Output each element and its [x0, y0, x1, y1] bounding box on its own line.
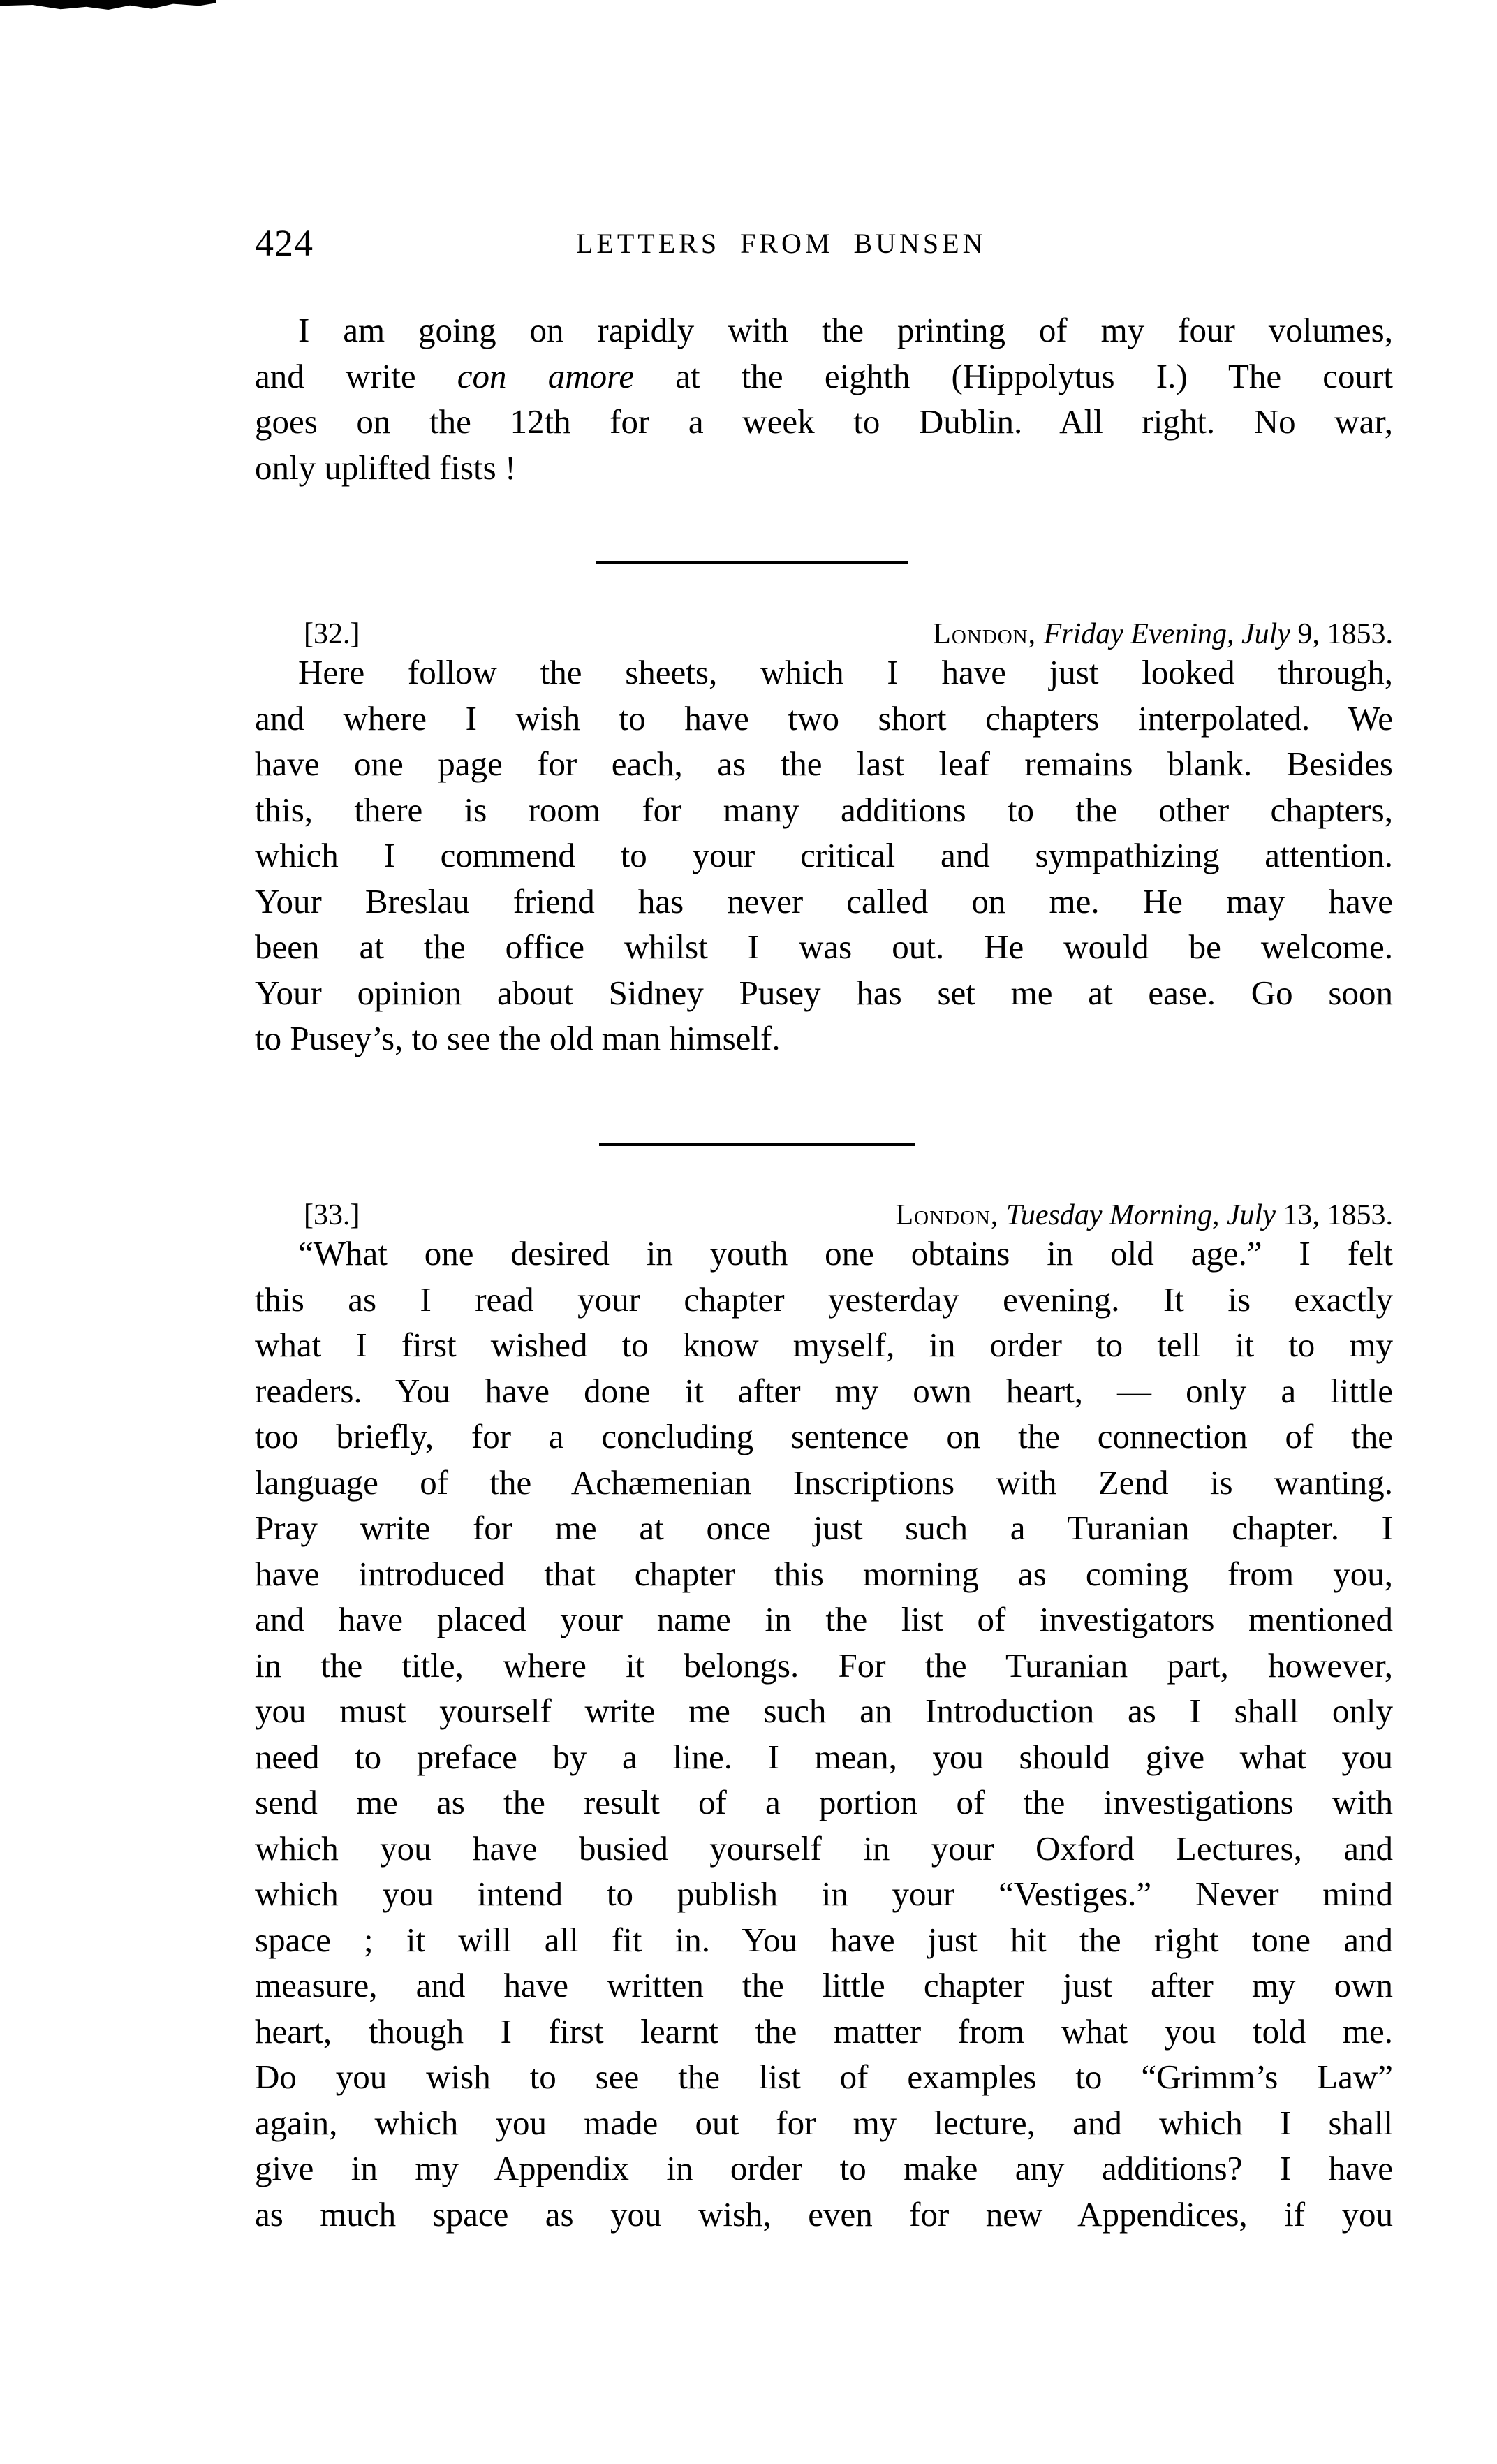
text-line: language of the Achæmenian Inscriptions … — [255, 1460, 1393, 1506]
text-line: which you intend to publish in your “Ves… — [255, 1871, 1393, 1917]
letter-date: 9, 1853. — [1298, 618, 1394, 650]
text-line: Here follow the sheets, which I have jus… — [255, 650, 1393, 696]
section-divider — [596, 561, 908, 564]
text-span: at the eighth (Hippolytus I.) The court — [634, 357, 1393, 395]
text-line: have introduced that chapter this mornin… — [255, 1551, 1393, 1597]
text-line: been at the office whilst I was out. He … — [255, 924, 1393, 970]
letter-dateline: London, Tuesday Morning, July 13, 1853. — [896, 1194, 1394, 1236]
letter-day: Friday Evening, July — [1044, 618, 1290, 650]
letter-body: Here follow the sheets, which I have jus… — [255, 650, 1393, 1062]
running-head: 424 LETTERS FROM BUNSEN — [255, 222, 1393, 264]
text-line: send me as the result of a portion of th… — [255, 1780, 1393, 1826]
text-line: too briefly, for a concluding sentence o… — [255, 1414, 1393, 1460]
text-line: again, which you made out for my lecture… — [255, 2100, 1393, 2146]
text-line: and write con amore at the eighth (Hippo… — [255, 353, 1393, 399]
text-line: I am going on rapidly with the printing … — [255, 307, 1393, 353]
letter-header: [33.] London, Tuesday Morning, July 13, … — [255, 1194, 1393, 1236]
text-line: Pray write for me at once just such a Tu… — [255, 1505, 1393, 1551]
text-line: measure, and have written the little cha… — [255, 1963, 1393, 2009]
text-line: space ; it will all fit in. You have jus… — [255, 1917, 1393, 1963]
letter-body: “What one desired in youth one obtains i… — [255, 1231, 1393, 2237]
text-line: which you have busied yourself in your O… — [255, 1826, 1393, 1872]
text-line: readers. You have done it after my own h… — [255, 1368, 1393, 1414]
text-line: heart, though I first learnt the matter … — [255, 2009, 1393, 2055]
text-line: in the title, where it belongs. For the … — [255, 1643, 1393, 1689]
letter-number: [32.] — [304, 613, 360, 655]
text-line: have one page for each, as the last leaf… — [255, 741, 1393, 787]
text-line: Do you wish to see the list of examples … — [255, 2054, 1393, 2100]
text-line: need to preface by a line. I mean, you s… — [255, 1734, 1393, 1780]
text-line: and have placed your name in the list of… — [255, 1597, 1393, 1643]
scan-artifact — [0, 0, 216, 10]
letter-place: London, — [933, 618, 1036, 650]
page-number: 424 — [255, 222, 314, 264]
text-line: “What one desired in youth one obtains i… — [255, 1231, 1393, 1277]
section-divider — [599, 1143, 915, 1146]
letter-number: [33.] — [304, 1194, 360, 1236]
text-line: and where I wish to have two short chapt… — [255, 696, 1393, 742]
text-line: goes on the 12th for a week to Dublin. A… — [255, 399, 1393, 445]
text-line: you must yourself write me such an Intro… — [255, 1688, 1393, 1734]
text-span: and write — [255, 357, 457, 395]
continuation-paragraph: I am going on rapidly with the printing … — [255, 307, 1393, 490]
text-line: which I commend to your critical and sym… — [255, 833, 1393, 879]
letter-header: [32.] London, Friday Evening, July 9, 18… — [255, 613, 1393, 655]
italic-phrase: con amore — [457, 357, 634, 395]
running-title: LETTERS FROM BUNSEN — [576, 226, 987, 261]
text-line: give in my Appendix in order to make any… — [255, 2146, 1393, 2192]
text-line: only uplifted fists ! — [255, 445, 1393, 491]
text-line: this, there is room for many additions t… — [255, 787, 1393, 833]
text-line: Your opinion about Sidney Pusey has set … — [255, 970, 1393, 1016]
text-line: to Pusey’s, to see the old man himself. — [255, 1015, 1393, 1062]
text-line: this as I read your chapter yesterday ev… — [255, 1277, 1393, 1323]
letter-date: 13, 1853. — [1283, 1199, 1394, 1231]
letter-day: Tuesday Morning, July — [1006, 1199, 1276, 1231]
text-line: Your Breslau friend has never called on … — [255, 879, 1393, 925]
text-line: what I first wished to know myself, in o… — [255, 1322, 1393, 1368]
letter-place: London, — [896, 1199, 999, 1231]
text-line: as much space as you wish, even for new … — [255, 2192, 1393, 2238]
letter-dateline: London, Friday Evening, July 9, 1853. — [933, 613, 1393, 655]
